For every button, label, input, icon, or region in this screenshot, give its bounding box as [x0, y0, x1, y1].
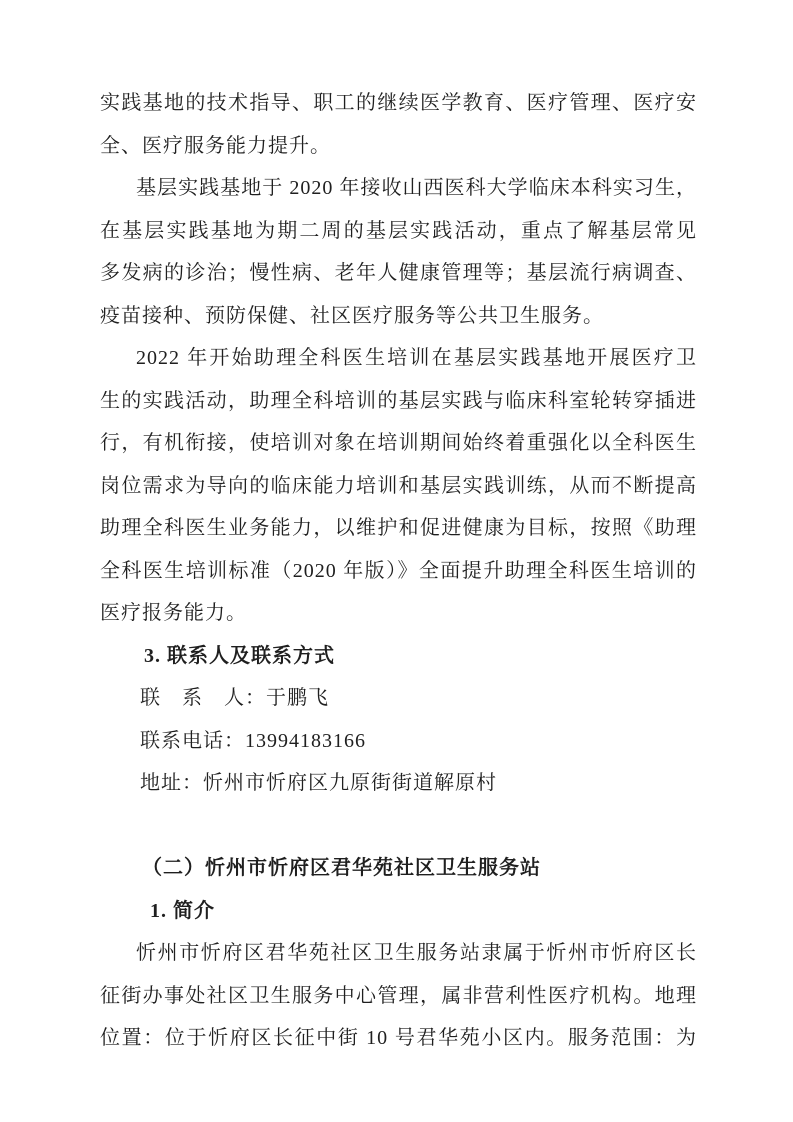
blank-line — [100, 805, 697, 848]
text-line: 在基层实践基地为期二周的基层实践活动，重点了解基层常见病、 — [100, 210, 697, 253]
text-line: 生的实践活动，助理全科培训的基层实践与临床科室轮转穿插进 — [100, 380, 697, 423]
document-page: 实践基地的技术指导、职工的继续医学教育、医疗管理、医疗安 全、医疗服务能力提升。… — [0, 0, 793, 1122]
text-line: 多发病的诊治；慢性病、老年人健康管理等；基层流行病调查、 — [100, 252, 697, 295]
text-line: 2022 年开始助理全科医生培训在基层实践基地开展医疗卫 — [100, 337, 697, 380]
heading-intro: 1. 简介 — [100, 890, 697, 933]
text-line: 全科医生培训标准（2020 年版）》全面提升助理全科医生培训的 — [100, 550, 697, 593]
heading-section-two: （二）忻州市忻府区君华苑社区卫生服务站 — [100, 847, 697, 890]
contact-phone-line: 联系电话：13994183166 — [100, 720, 697, 763]
text-line: 医疗报务能力。 — [100, 592, 697, 635]
contact-address-line: 地址：忻州市忻府区九原街街道解原村 — [100, 762, 697, 805]
text-line: 位置：位于忻府区长征中街 10 号君华苑小区内。服务范围：为 — [100, 1017, 697, 1060]
text-line: 助理全科医生业务能力，以维护和促进健康为目标，按照《助理 — [100, 507, 697, 550]
text-line: 行，有机衔接，使培训对象在培训期间始终着重强化以全科医生 — [100, 422, 697, 465]
text-line: 疫苗接种、预防保健、社区医疗服务等公共卫生服务。 — [100, 295, 697, 338]
document-content: 实践基地的技术指导、职工的继续医学教育、医疗管理、医疗安 全、医疗服务能力提升。… — [0, 0, 793, 1060]
contact-person-line: 联 系 人：于鹏飞 — [100, 677, 697, 720]
text-line: 忻州市忻府区君华苑社区卫生服务站隶属于忻州市忻府区长 — [100, 932, 697, 975]
text-line: 征街办事处社区卫生服务中心管理，属非营利性医疗机构。地理 — [100, 975, 697, 1018]
text-line: 全、医疗服务能力提升。 — [100, 125, 697, 168]
heading-contact-info: 3. 联系人及联系方式 — [100, 635, 697, 678]
text-line: 岗位需求为导向的临床能力培训和基层实践训练，从而不断提高 — [100, 465, 697, 508]
text-line: 基层实践基地于 2020 年接收山西医科大学临床本科实习生， — [100, 167, 697, 210]
text-line: 实践基地的技术指导、职工的继续医学教育、医疗管理、医疗安 — [100, 82, 697, 125]
